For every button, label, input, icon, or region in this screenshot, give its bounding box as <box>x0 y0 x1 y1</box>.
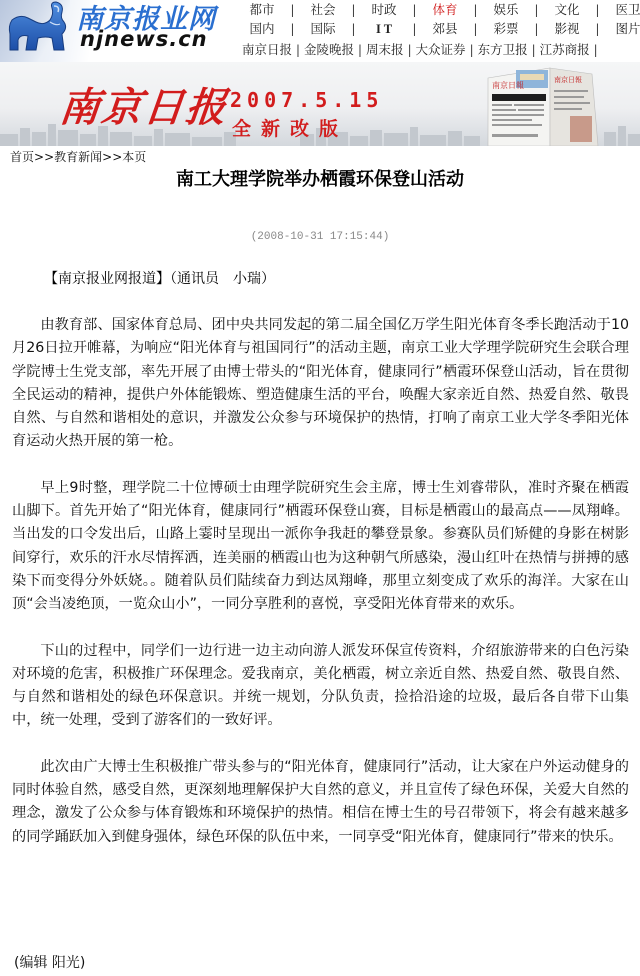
nav-yule[interactable]: 娱乐 <box>484 0 528 19</box>
byline-author: （通讯员 小瑞） <box>170 271 275 287</box>
article-paragraph: 早上9时整，理学院二十位博硕士由理学院研究生会主席，博士生刘睿带队，准时齐聚在栖… <box>12 477 629 617</box>
byline-source: 【南京报业网报道】 <box>44 271 170 287</box>
nav-separator: | <box>294 40 302 59</box>
logo-english: njnews.cn <box>80 27 208 51</box>
nav-dushi[interactable]: 都市 <box>240 0 284 19</box>
nav-caipiao[interactable]: 彩票 <box>484 19 528 38</box>
nav-row-1: 都市|社会|时政|体育|娱乐|文化|医卫|科 <box>240 0 640 19</box>
newspaper-stack-image: 南京日報 南京日報 <box>480 64 602 146</box>
nav-it[interactable]: I T <box>362 20 406 38</box>
promo-banner[interactable]: 南京日报 2007.5.15 全新改版 南京日報 南京日報 <box>0 62 640 146</box>
nav-securities[interactable]: 大众证券 <box>414 40 468 59</box>
banner-slogan: 全新改版 <box>232 114 348 141</box>
article-paragraph: 由教育部、国家体育总局、团中央共同发起的第二届全国亿万学生阳光体育冬季长跑活动于… <box>12 314 629 454</box>
banner-date: 2007.5.15 <box>230 88 383 112</box>
nav-separator: | <box>589 0 606 19</box>
nav-yingshi[interactable]: 影视 <box>545 19 589 38</box>
site-header: 南京报业网 njnews.cn 都市|社会|时政|体育|娱乐|文化|医卫|科 国… <box>0 0 640 62</box>
svg-text:南京日報: 南京日報 <box>554 75 582 84</box>
nav-row-papers: 南京日报|金陵晚报|周末报|大众证券|东方卫报|江苏商报| <box>240 40 640 59</box>
nav-shehui[interactable]: 社会 <box>301 0 345 19</box>
article-paragraph: 此次由广大博士生积极推广带头参与的“阳光体育，健康同行”活动，让大家在户外运动健… <box>12 756 629 849</box>
nav-tupian[interactable]: 图片 <box>606 19 640 38</box>
nav-separator: | <box>406 19 423 38</box>
top-navigation: 都市|社会|时政|体育|娱乐|文化|医卫|科 国内|国际|I T|郊县|彩票|影… <box>240 0 640 59</box>
nav-separator: | <box>530 40 538 59</box>
breadcrumb-separator: >> <box>102 150 122 164</box>
nav-separator: | <box>528 19 545 38</box>
nav-yiwei[interactable]: 医卫 <box>606 0 640 19</box>
nav-separator: | <box>528 0 545 19</box>
article-timestamp: (2008-10-31 17:15:44) <box>0 231 640 243</box>
nav-separator: | <box>467 0 484 19</box>
nav-separator: | <box>592 40 600 59</box>
nav-tiyu[interactable]: 体育 <box>423 0 467 19</box>
nav-separator: | <box>345 0 362 19</box>
nav-shizheng[interactable]: 时政 <box>362 0 406 19</box>
lion-logo-icon <box>6 0 70 52</box>
nav-separator: | <box>467 19 484 38</box>
nav-guonei[interactable]: 国内 <box>240 19 284 38</box>
nav-separator: | <box>284 19 301 38</box>
breadcrumb-education-news[interactable]: 教育新闻 <box>54 150 102 164</box>
nav-separator: | <box>406 40 414 59</box>
article-paragraph: 下山的过程中，同学们一边行进一边主动向游人派发环保宣传资料，介绍旅游带来的白色污… <box>12 640 629 733</box>
nav-nanjing-daily[interactable]: 南京日报 <box>240 40 294 59</box>
logo-area[interactable]: 南京报业网 njnews.cn <box>0 0 238 62</box>
svg-text:南京日報: 南京日報 <box>492 80 524 90</box>
breadcrumb-home[interactable]: 首页 <box>10 150 34 164</box>
banner-newspaper-title: 南京日报 <box>57 76 231 133</box>
nav-guoji[interactable]: 国际 <box>301 19 345 38</box>
nav-separator: | <box>468 40 476 59</box>
breadcrumb-separator: >> <box>34 150 54 164</box>
nav-jiangsu-business[interactable]: 江苏商报 <box>538 40 592 59</box>
breadcrumb-current-page: 本页 <box>122 150 146 164</box>
nav-jiaoxian[interactable]: 郊县 <box>423 19 467 38</box>
nav-separator: | <box>356 40 364 59</box>
article-editor: (编辑 阳光) <box>14 952 85 972</box>
article-body: 由教育部、国家体育总局、团中央共同发起的第二届全国亿万学生阳光体育冬季长跑活动于… <box>12 314 629 872</box>
nav-weekend[interactable]: 周末报 <box>364 40 406 59</box>
nav-jinling-evening[interactable]: 金陵晚报 <box>302 40 356 59</box>
nav-wenhua[interactable]: 文化 <box>545 0 589 19</box>
nav-separator: | <box>589 19 606 38</box>
nav-dongfang-weibao[interactable]: 东方卫报 <box>476 40 530 59</box>
nav-separator: | <box>284 0 301 19</box>
article-byline: 【南京报业网报道】（通讯员 小瑞） <box>44 268 275 288</box>
nav-separator: | <box>345 19 362 38</box>
nav-separator: | <box>406 0 423 19</box>
article-title: 南工大理学院举办栖霞环保登山活动 <box>0 167 640 193</box>
nav-row-2: 国内|国际|I T|郊县|彩票|影视|图片|专 <box>240 19 640 38</box>
breadcrumb: 首页>>教育新闻>>本页 <box>10 149 146 165</box>
